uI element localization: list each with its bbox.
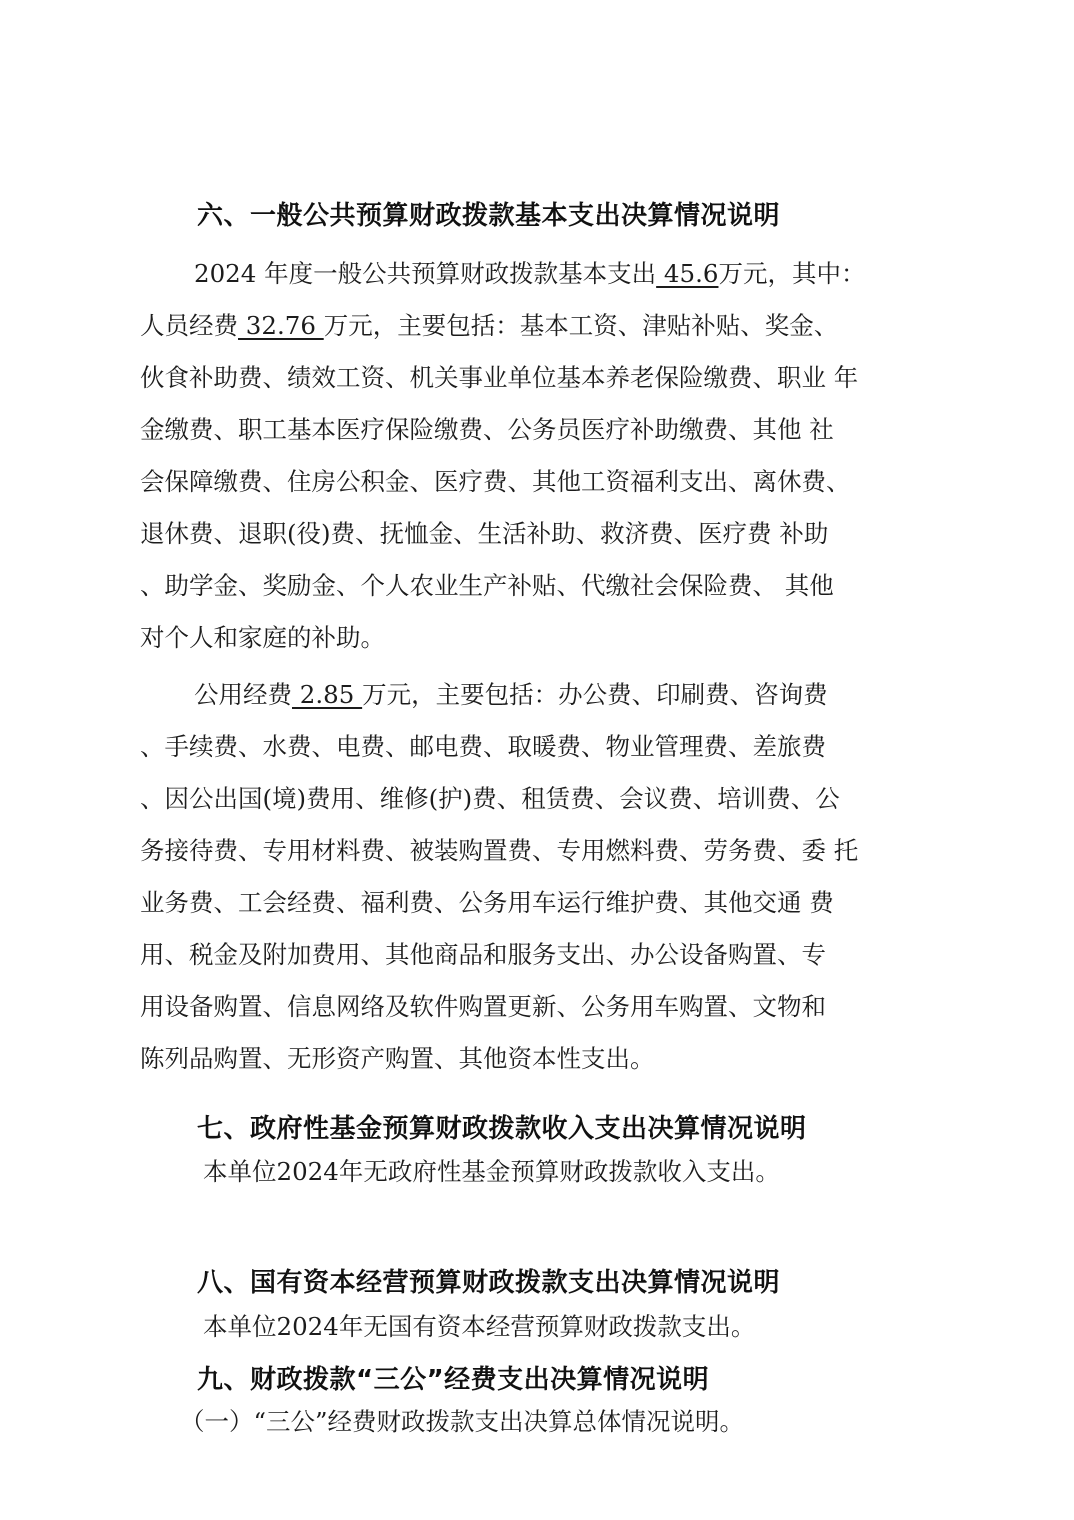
personnel-amount: 32.76 <box>238 311 324 340</box>
paragraph-line: 会保障缴费、住房公积金、医疗费、其他工资福利支出、离休费、 <box>140 470 851 495</box>
paragraph-line: 、手续费、水费、电费、邮电费、取暖费、物业管理费、差旅费 <box>140 735 826 760</box>
personnel-expense-line: 人员经费 32.76 万元，主要包括：基本工资、津贴补贴、奖金、 <box>140 314 838 339</box>
total-amount: 45.6 <box>656 259 718 288</box>
paragraph-line: 用设备购置、信息网络及软件购置更新、公务用车购置、文物和 <box>140 995 826 1020</box>
personnel-suffix: 万元，主要包括：基本工资、津贴补贴、奖金、 <box>324 311 839 340</box>
section-7-heading: 七、政府性基金预算财政拨款收入支出决算情况说明 <box>197 1116 807 1142</box>
section-9-heading: 九、财政拨款“三公”经费支出决算情况说明 <box>197 1367 709 1393</box>
public-prefix: 公用经费 <box>194 680 292 709</box>
paragraph-line: 伙食补助费、绩效工资、机关事业单位基本养老保险缴费、职业 年 <box>140 366 858 391</box>
paragraph-line: 退休费、退职(役)费、抚恤金、生活补助、救济费、医疗费 补助 <box>140 522 828 547</box>
intro-prefix: 2024 年度一般公共预算财政拨款基本支出 <box>194 259 656 288</box>
paragraph-line: 务接待费、专用材料费、被装购置费、专用燃料费、劳务费、委 托 <box>140 839 858 864</box>
paragraph-line: 、助学金、奖励金、个人农业生产补贴、代缴社会保险费、 其他 <box>140 574 834 599</box>
paragraph-line: 对个人和家庭的补助。 <box>140 626 385 651</box>
section-6-heading: 六、一般公共预算财政拨款基本支出决算情况说明 <box>197 203 780 229</box>
public-amount: 2.85 <box>292 680 362 709</box>
section-9-subheading: （一）“三公”经费财政拨款支出决算总体情况说明。 <box>180 1410 744 1435</box>
section-8-heading: 八、国有资本经营预算财政拨款支出决算情况说明 <box>197 1270 780 1296</box>
paragraph-line: 用、税金及附加费用、其他商品和服务支出、办公设备购置、专 <box>140 943 826 968</box>
section-8-text: 本单位2024年无国有资本经营预算财政拨款支出。 <box>203 1315 755 1340</box>
public-suffix: 万元，主要包括：办公费、印刷费、咨询费 <box>362 680 828 709</box>
personnel-prefix: 人员经费 <box>140 311 238 340</box>
paragraph-line: 陈列品购置、无形资产购置、其他资本性支出。 <box>140 1047 655 1072</box>
public-expense-line: 公用经费 2.85 万元，主要包括：办公费、印刷费、咨询费 <box>194 683 828 708</box>
intro-suffix: 万元，其中： <box>718 259 865 288</box>
section-7-text: 本单位2024年无政府性基金预算财政拨款收入支出。 <box>203 1160 780 1185</box>
paragraph-line: 、因公出国(境)费用、维修(护)费、租赁费、会议费、培训费、公 <box>140 787 840 812</box>
paragraph-line: 业务费、工会经费、福利费、公务用车运行维护费、其他交通 费 <box>140 891 834 916</box>
section-6-intro: 2024 年度一般公共预算财政拨款基本支出 45.6万元，其中： <box>194 262 865 287</box>
paragraph-line: 金缴费、职工基本医疗保险缴费、公务员医疗补助缴费、其他 社 <box>140 418 834 443</box>
